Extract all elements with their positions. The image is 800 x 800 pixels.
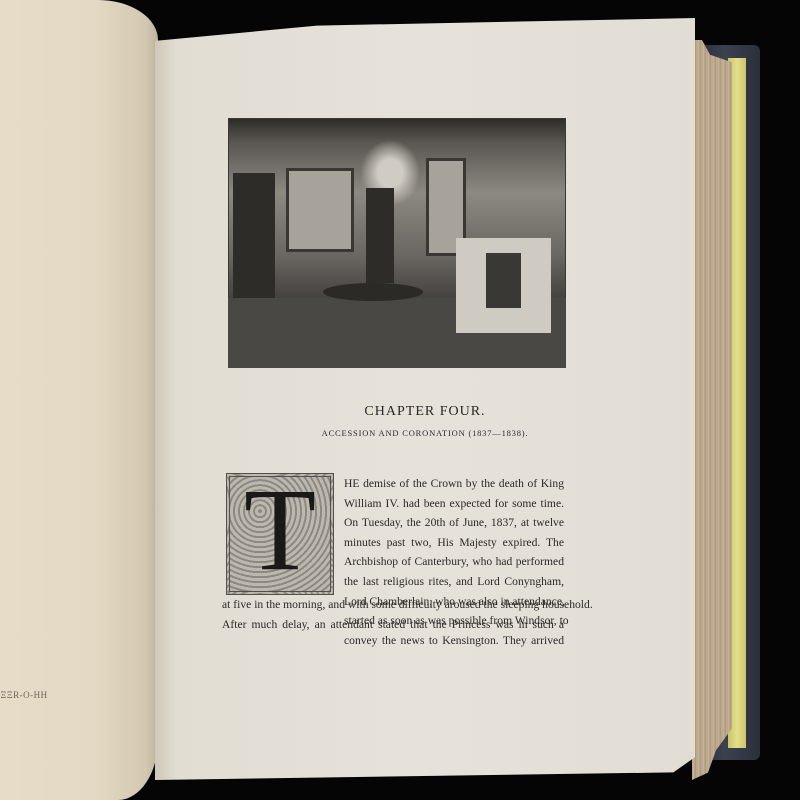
page-edges bbox=[692, 40, 732, 780]
text-line: at five in the morning, and with some di… bbox=[222, 595, 564, 615]
chapter-title: CHAPTER FOUR. bbox=[155, 404, 695, 420]
left-page-folio: HH-O-ЯΞΞ bbox=[0, 690, 47, 700]
text-line: On Tuesday, the 20th of June, 1837, at t… bbox=[344, 513, 564, 533]
drop-cap-letter: T bbox=[230, 471, 330, 589]
illuminated-drop-cap: T bbox=[226, 473, 334, 595]
plate-archway bbox=[233, 173, 275, 298]
text-line: the last religious rites, and Lord Conyn… bbox=[344, 572, 564, 592]
illustration-plate bbox=[228, 118, 566, 368]
text-line: Archbishop of Canterbury, who had perfor… bbox=[344, 552, 564, 572]
plate-fireplace bbox=[456, 238, 551, 333]
text-line: HE demise of the Crown by the death of K… bbox=[344, 474, 564, 494]
text-line: minutes past two, His Majesty expired. T… bbox=[344, 533, 564, 553]
left-page: HH-O-ЯΞΞ bbox=[0, 0, 158, 800]
plate-table bbox=[323, 283, 423, 301]
plate-door bbox=[366, 188, 394, 283]
plate-painting-left bbox=[286, 168, 354, 252]
chapter-subtitle: ACCESSION AND CORONATION (1837—1838). bbox=[155, 428, 695, 438]
text-line: After much delay, an attendant stated th… bbox=[222, 615, 564, 635]
text-line: William IV. had been expected for some t… bbox=[344, 494, 564, 514]
open-book: HH-O-ЯΞΞ CHAPTER FOUR. ACCESSION AND COR… bbox=[0, 0, 800, 800]
body-text-full: at five in the morning, and with some di… bbox=[222, 595, 564, 634]
